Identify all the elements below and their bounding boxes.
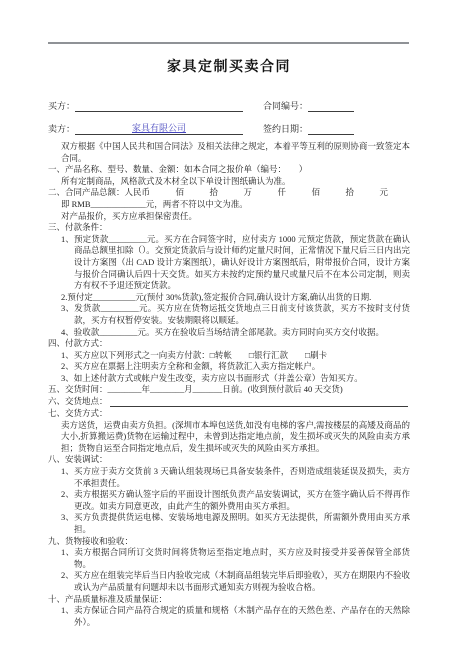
clause-6-delivery-place: 六、交货地点：	[48, 396, 410, 408]
checkbox-option-bank-remittance[interactable]: □银行汇款	[249, 350, 288, 360]
clause-2-rmb-line: 即 RMB_____________元，两者不符以中文为准。	[61, 199, 410, 211]
clause-8-item-1: 1、买方应于卖方交货前 3 天确认组装现场已具备安装条件，否则造成组装延误及损失…	[48, 466, 410, 489]
seller-label: 卖方：	[48, 122, 75, 135]
clause-9-item-1: 1、卖方根据合同所订交货时间将货物运至指定地点时，买方应及时接受并妥善保管全部货…	[48, 547, 410, 570]
sign-date-field[interactable]	[308, 121, 354, 135]
clause-3-heading: 三、付款条件：	[48, 222, 410, 234]
seller-name-field[interactable]: 家具有限公司	[75, 121, 243, 135]
clause-7-text: 卖方送货，运费由卖方负担。(深圳市本埠包送货,如没有电梯的客户,需按楼层的高矮及…	[61, 420, 410, 455]
buyer-row: 买方： 合同编号：	[48, 89, 410, 112]
contract-no-label: 合同编号：	[263, 99, 308, 112]
intro-paragraph: 双方根据《中国人民共和国合同法》及相关法律之规定，本着平等互利的原则协商一致签定…	[61, 141, 410, 164]
seller-row: 卖方： 家具有限公司 签约日期：	[48, 112, 410, 135]
clause-3-item-3: 3、发货款_________元。买方应在货物运抵交货地点三日前支付该货款，买方不…	[48, 303, 410, 326]
clause-1-heading: 一、产品名称、型号、数量、金额：如本合同之报价单（编号： ）	[48, 164, 410, 176]
buyer-label: 买方：	[48, 99, 75, 112]
buyer-name-field[interactable]	[75, 98, 243, 112]
clause-3-item-4: 4、验收款_________元。买方在验收后当场结清全部尾款。卖方同时向买方交付…	[48, 327, 410, 339]
clause-4-item-2: 2、买方应在票据上注明卖方全称和金额，将货款汇入卖方指定帐户。	[48, 361, 410, 373]
clause-2-confidentiality-line: 对产品报价，买方应承担保密责任。	[61, 211, 410, 223]
clause-10-heading: 十、产品质量标准及质量保证：	[48, 594, 410, 606]
clause-8-item-3: 3、买方负责提供货运电梯、安装场地电源及照明。如买方无法提供，所需额外费用由买方…	[48, 512, 410, 535]
contract-content: 家具定制买卖合同 买方： 合同编号： 卖方： 家具有限公司 签约日期： 双方根据…	[48, 56, 410, 628]
contract-no-field[interactable]	[308, 98, 354, 112]
clause-2-heading: 二、合同产品总额：人民币 佰 拾 万 仟 佰 拾 元	[48, 187, 410, 199]
clause-9-heading: 九、货物接收和验收：	[48, 536, 410, 548]
contract-body: 双方根据《中国人民共和国合同法》及相关法律之规定，本着平等互利的原则协商一致签定…	[48, 141, 410, 628]
clause-3-item-1: 1、预定货款_________元。买方在合同签字时，应付卖方 1000 元预定货…	[48, 234, 410, 292]
payment-methods-prefix: 1、买方应以下列形式之一向卖方付款：	[61, 350, 210, 360]
seller-company-link[interactable]: 家具有限公司	[132, 121, 186, 134]
sign-date-label: 签约日期：	[263, 122, 308, 135]
clause-10-item-1: 1、卖方保证合同产品符合规定的质量和规格（木制产品存在的天然色差、产品存在的天然…	[48, 605, 410, 628]
delivery-place-label: 六、交货地点：	[48, 396, 108, 408]
clause-4-item-3: 3、如上述付款方式或帐户发生改变，卖方应以书面形式（并盖公章）告知买方。	[48, 373, 410, 385]
clause-5-delivery-time: 五、交货时间：________年________月_______日前。(收到预付…	[48, 384, 410, 396]
clause-7-heading: 七、交货方式：	[48, 408, 410, 420]
clause-8-item-2: 2、卖方根据买方确认签字后的平面设计图纸负责产品安装调试，买方在签字确认后不得再…	[48, 489, 410, 512]
contract-document-page: 家具定制买卖合同 买方： 合同编号： 卖方： 家具有限公司 签约日期： 双方根据…	[0, 0, 463, 655]
clause-9-item-2: 2、买方应在组装完毕后当日内验收完成（木制商品组装完毕后即验收），买方在期限内不…	[48, 570, 410, 593]
clause-1-text: 所有定制商品，风格款式及木材全以下单设计图纸确认为准。	[61, 176, 410, 188]
delivery-place-field[interactable]	[110, 396, 408, 407]
contract-title: 家具定制买卖合同	[48, 56, 410, 76]
checkbox-option-card[interactable]: □刷卡	[305, 350, 327, 360]
clause-4-heading: 四、付款方式：	[48, 338, 410, 350]
clause-8-heading: 八、安装调试：	[48, 454, 410, 466]
clause-3-item-2: 2.预付定__________元(预付 30%货款),签定报价合同,确认设计方案…	[48, 292, 410, 304]
clause-4-item-1: 1、买方应以下列形式之一向卖方付款：□转帐□银行汇款□刷卡	[48, 350, 410, 362]
page-top-border	[48, 42, 409, 44]
checkbox-option-transfer[interactable]: □转帐	[210, 350, 232, 360]
